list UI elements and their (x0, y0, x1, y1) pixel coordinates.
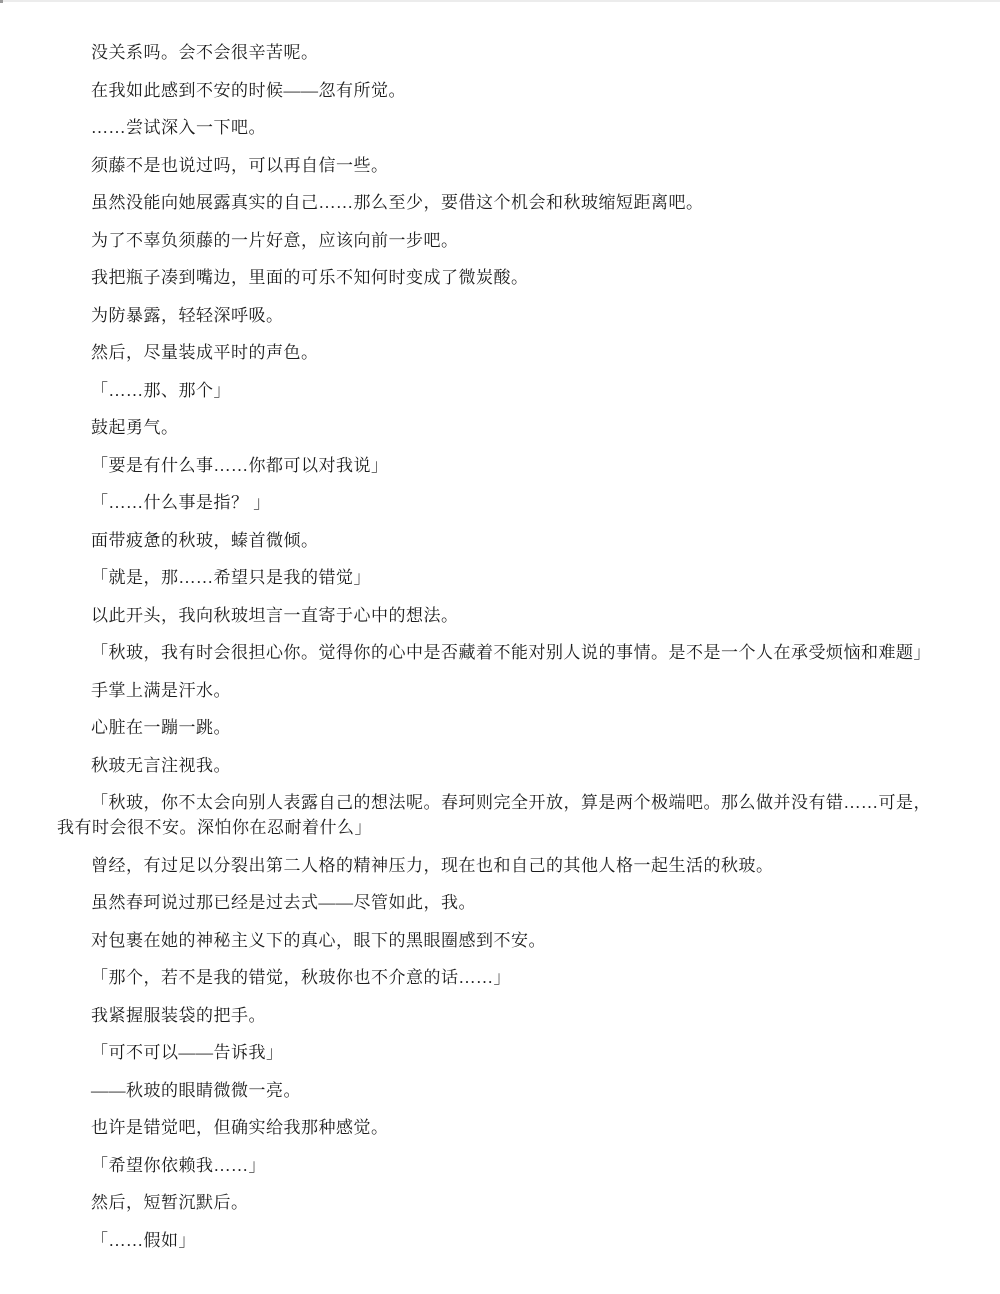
paragraph: 「……什么事是指？ 」 (57, 490, 945, 515)
paragraph: 在我如此感到不安的时候——忽有所觉。 (57, 78, 945, 103)
paragraph: 然后，尽量装成平时的声色。 (57, 340, 945, 365)
paragraph: 「那个，若不是我的错觉，秋玻你也不介意的话……」 (57, 965, 945, 990)
paragraph: 面带疲惫的秋玻，螓首微倾。 (57, 528, 945, 553)
paragraph: 「要是有什么事……你都可以对我说」 (57, 453, 945, 478)
paragraph: 以此开头，我向秋玻坦言一直寄于心中的想法。 (57, 603, 945, 628)
paragraph: 然后，短暂沉默后。 (57, 1190, 945, 1215)
paragraph: 我把瓶子凑到嘴边，里面的可乐不知何时变成了微炭酸。 (57, 265, 945, 290)
page-top-edge (0, 0, 1000, 2)
paragraph: 「可不可以——告诉我」 (57, 1040, 945, 1065)
paragraph: 也许是错觉吧，但确实给我那种感觉。 (57, 1115, 945, 1140)
paragraph: 「秋玻，你不太会向别人表露自己的想法呢。春珂则完全开放，算是两个极端吧。那么做并… (57, 790, 945, 840)
paragraph: 「……那、那个」 (57, 378, 945, 403)
paragraph: 「希望你依赖我……」 (57, 1153, 945, 1178)
paragraph: 「……假如」 (57, 1228, 945, 1253)
paragraph: 为防暴露，轻轻深呼吸。 (57, 303, 945, 328)
paragraph: 没关系吗。会不会很辛苦呢。 (57, 40, 945, 65)
paragraph: ——秋玻的眼睛微微一亮。 (57, 1078, 945, 1103)
paragraph: 虽然春珂说过那已经是过去式——尽管如此，我。 (57, 890, 945, 915)
novel-text-page: 没关系吗。会不会很辛苦呢。 在我如此感到不安的时候——忽有所觉。 ……尝试深入一… (0, 0, 1000, 1294)
paragraph: 须藤不是也说过吗，可以再自信一些。 (57, 153, 945, 178)
paragraph: 曾经，有过足以分裂出第二人格的精神压力，现在也和自己的其他人格一起生活的秋玻。 (57, 853, 945, 878)
paragraph: 我紧握服装袋的把手。 (57, 1003, 945, 1028)
paragraph: 为了不辜负须藤的一片好意，应该向前一步吧。 (57, 228, 945, 253)
paragraph: 「秋玻，我有时会很担心你。觉得你的心中是否藏着不能对别人说的事情。是不是一个人在… (57, 640, 945, 665)
paragraph: 鼓起勇气。 (57, 415, 945, 440)
page-corner-mark (0, 0, 3, 3)
paragraph: 对包裹在她的神秘主义下的真心，眼下的黑眼圈感到不安。 (57, 928, 945, 953)
paragraph: 手掌上满是汗水。 (57, 678, 945, 703)
paragraph: 心脏在一蹦一跳。 (57, 715, 945, 740)
paragraph: 秋玻无言注视我。 (57, 753, 945, 778)
paragraph: ……尝试深入一下吧。 (57, 115, 945, 140)
paragraph: 虽然没能向她展露真实的自己……那么至少，要借这个机会和秋玻缩短距离吧。 (57, 190, 945, 215)
paragraph: 「就是，那……希望只是我的错觉」 (57, 565, 945, 590)
